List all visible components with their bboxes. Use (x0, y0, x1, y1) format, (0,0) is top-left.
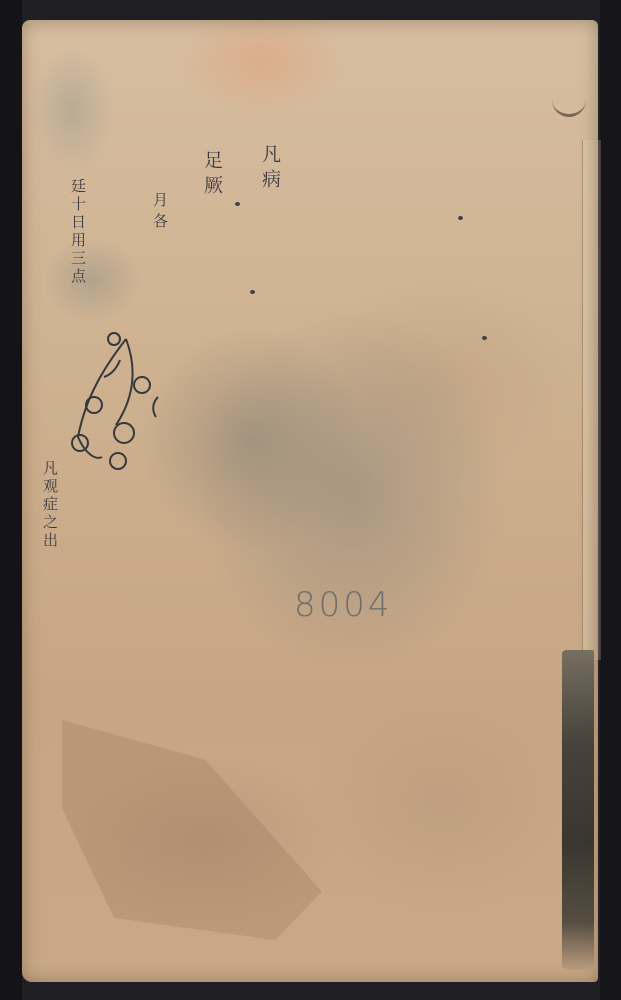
scroll-ornament-icon (66, 325, 166, 475)
manuscript-cover: 凡病 足厥 月各 廷十日用三点 凡观症之出 8004 (22, 20, 598, 982)
inscription-bottom-left-column: 凡观症之出 (42, 460, 57, 550)
inscription-small-column: 月各 (152, 192, 167, 234)
catalog-number: 8004 (294, 585, 393, 625)
ink-dot (482, 336, 487, 340)
ink-dot (235, 202, 240, 206)
inscription-center-column: 足厥 (202, 150, 221, 200)
corner-ink-mark (552, 100, 586, 117)
inscription-right-column: 凡病 (260, 144, 279, 194)
spine-binding-strip (562, 650, 594, 970)
frayed-right-edge (582, 140, 601, 660)
ink-dot (250, 290, 255, 294)
inscription-left-column: 廷十日用三点 (70, 178, 85, 286)
torn-paper-flap (62, 720, 322, 940)
ink-dot (458, 216, 463, 220)
